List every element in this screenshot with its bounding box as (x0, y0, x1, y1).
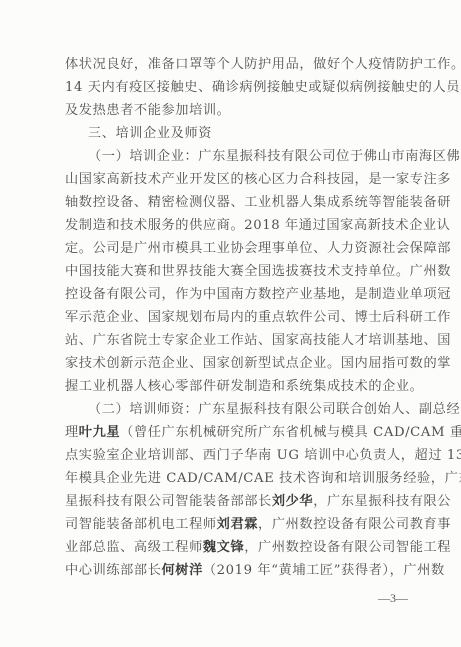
paragraph-line: 站、广东省院士专家企业工作站、国家高技能人才培训基地、国 (65, 333, 406, 349)
teacher-name: 何树洋 (162, 563, 203, 578)
text-span: 中心训练部部长 (65, 563, 162, 578)
paragraph-line: 握工业机器人核心零部件研发制造和系统集成技术的企业。 (65, 379, 406, 395)
paragraph-line: 理叶九星（曾任广东机械研究所广东省机械与模具 CAD/CAM 重 (65, 425, 406, 441)
text-span: ，广东星振科技有限公 (313, 494, 451, 509)
paragraph-line: 司智能装备部机电工程师刘君霖，广州数控设备有限公司教育事 (65, 517, 406, 533)
paragraph-line: 点实验室企业培训部、西门子华南 UG 培训中心负责人，超过 13 (65, 448, 406, 464)
teacher-name: 刘少华 (272, 494, 313, 509)
text-span: 业部总监、高级工程师 (65, 540, 203, 555)
paragraph-line: （二）培训师资：广东星振科技有限公司联合创始人、副总经 (88, 402, 406, 418)
teacher-name: 魏文锋 (203, 540, 244, 555)
document-page: 体状况良好，准备口罩等个人防护用品，做好个人疫情防护工作。 14 天内有疫区接触… (0, 0, 461, 647)
text-span: ，广州数控设备有限公司教育事 (258, 517, 451, 532)
paragraph-line: 星振科技有限公司智能装备部部长刘少华，广东星振科技有限公 (65, 494, 406, 510)
paragraph-line: 家技术创新示范企业、国家创新型试点企业。国内屈指可数的掌 (65, 356, 406, 372)
paragraph-line: 14 天内有疫区接触史、确诊病例接触史或疑似病例接触史的人员 (65, 80, 406, 96)
text-span: 星振科技有限公司智能装备部部长 (65, 494, 272, 509)
teacher-name: 叶九星 (79, 425, 120, 440)
paragraph-line: 定。公司是广州市模具工业协会理事单位、人力资源社会保障部 (65, 241, 406, 257)
text-span: 理 (65, 425, 79, 440)
paragraph-line: 及发热患者不能参加培训。 (65, 103, 406, 119)
paragraph-line: （一）培训企业：广东星振科技有限公司位于佛山市南海区佛 (88, 149, 406, 165)
text-span: ，广州数控设备有限公司智能工程 (244, 540, 451, 555)
paragraph-line: 业部总监、高级工程师魏文锋，广州数控设备有限公司智能工程 (65, 540, 406, 556)
page-number: —3— (378, 591, 408, 606)
text-span: 司智能装备部机电工程师 (65, 517, 217, 532)
text-span: （曾任广东机械研究所广东省机械与模具 CAD/CAM 重 (120, 425, 461, 440)
paragraph-line: 控设备有限公司，作为中国南方数控产业基地，是制造业单项冠 (65, 287, 406, 303)
paragraph-line: 年模具企业先进 CAD/CAM/CAE 技术咨询和培训服务经验，广东 (65, 471, 406, 487)
section-heading: 三、培训企业及师资 (88, 126, 212, 142)
paragraph-line: 中国技能大赛和世界技能大赛全国选拔赛技术支持单位。广州数 (65, 264, 406, 280)
paragraph-line: 山国家高新技术产业开发区的核心区力合科技园，是一家专注多 (65, 172, 406, 188)
paragraph-line: 发制造和技术服务的供应商。2018 年通过国家高新技术企业认 (65, 218, 406, 234)
teacher-name: 刘君霖 (217, 517, 258, 532)
text-span: （2019 年“黄埔工匠”获得者），广州数 (203, 563, 445, 578)
paragraph-line: 中心训练部部长何树洋（2019 年“黄埔工匠”获得者），广州数 (65, 563, 406, 579)
paragraph-line: 军示范企业、国家规划布局内的重点软件公司、博士后科研工作 (65, 310, 406, 326)
paragraph-line: 体状况良好，准备口罩等个人防护用品，做好个人疫情防护工作。 (65, 57, 406, 73)
paragraph-line: 轴数控设备、精密检测仪器、工业机器人集成系统等智能装备研 (65, 195, 406, 211)
